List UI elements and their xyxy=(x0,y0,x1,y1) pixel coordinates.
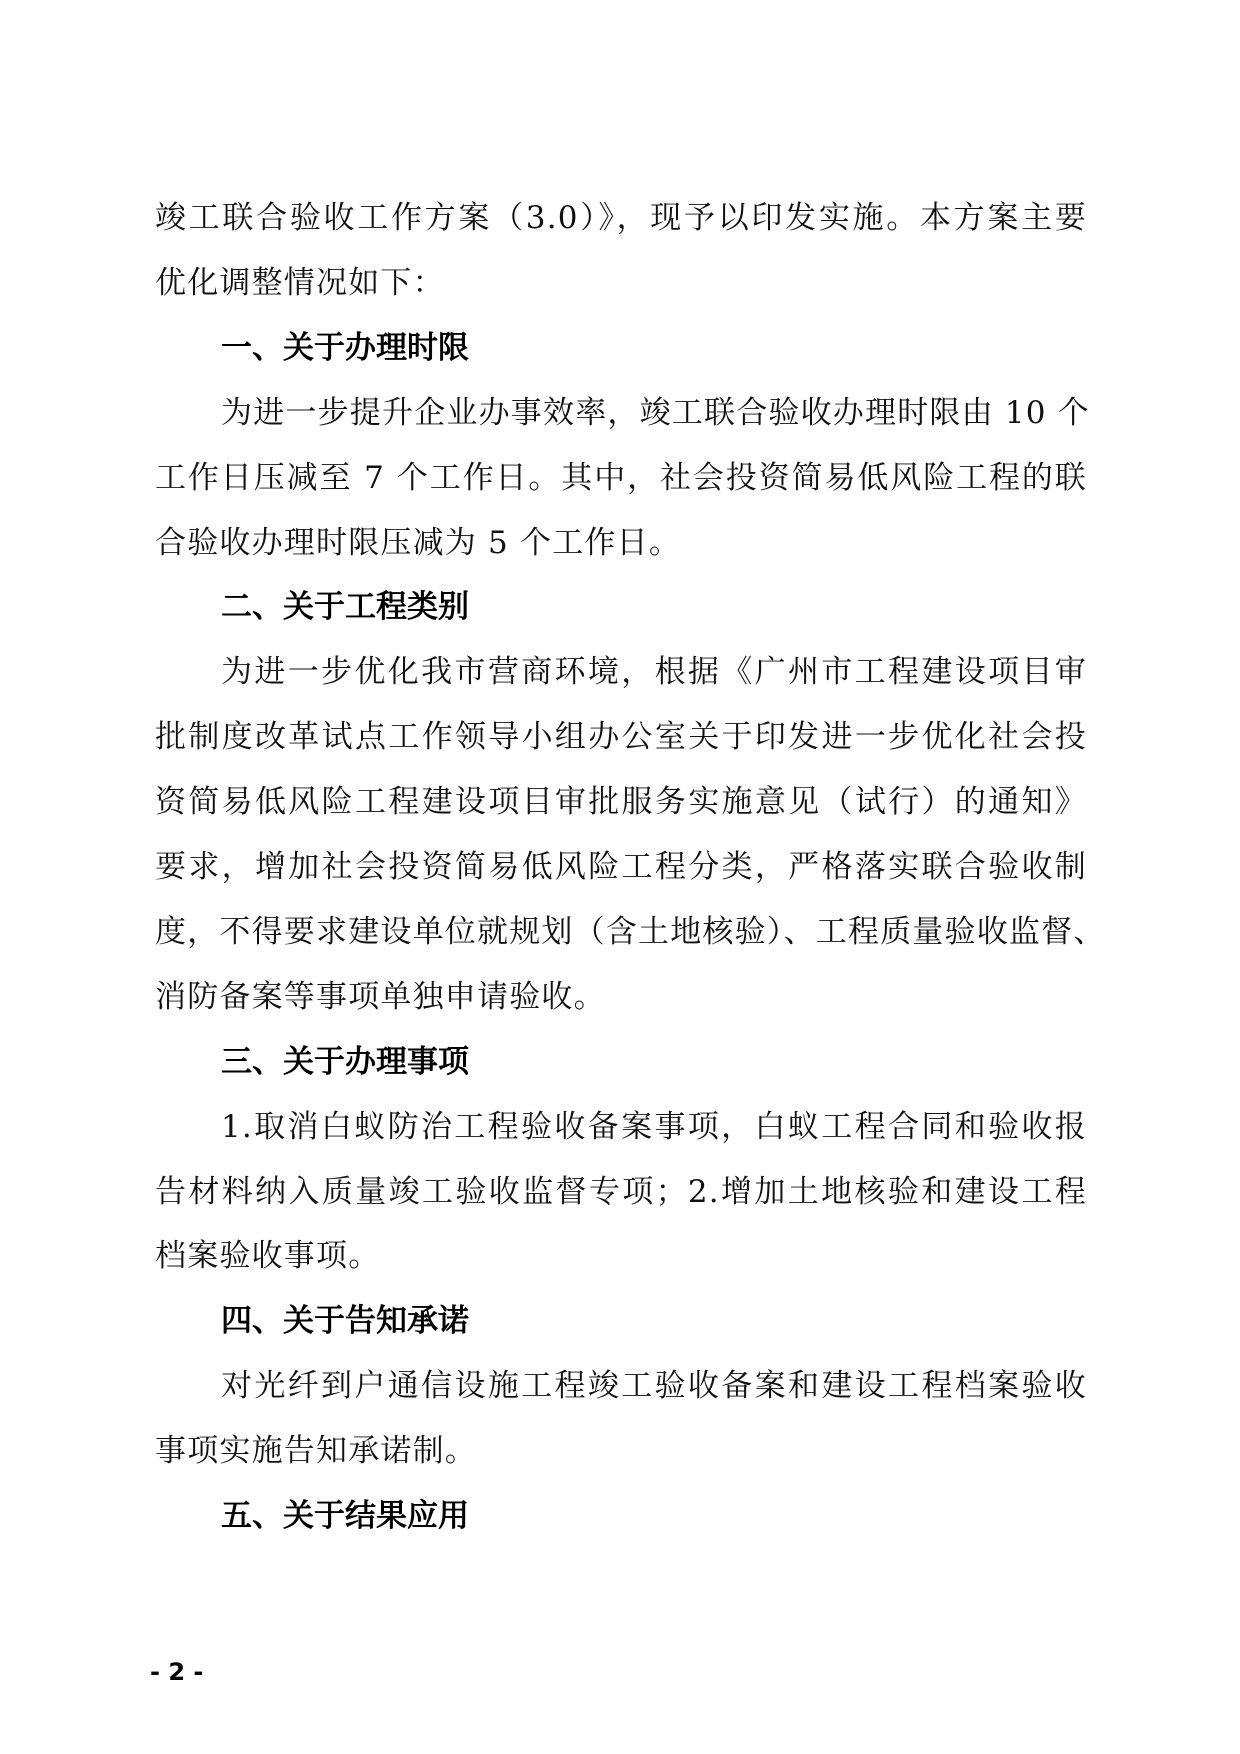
paragraph-line: 资简易低风险工程建设项目审批服务实施意见（试行）的通知》 xyxy=(155,780,1087,824)
section-heading: 一、关于办理时限 xyxy=(221,326,469,370)
section-heading: 五、关于结果应用 xyxy=(221,1494,469,1538)
paragraph-line: 对光纤到户通信设施工程竣工验收备案和建设工程档案验收 xyxy=(221,1364,1087,1408)
paragraph-line: 优化调整情况如下： xyxy=(155,261,1087,305)
document-page: 竣工联合验收工作方案（3.0）》，现予以印发实施。本方案主要优化调整情况如下：一… xyxy=(0,0,1240,1754)
paragraph-line: 竣工联合验收工作方案（3.0）》，现予以印发实施。本方案主要 xyxy=(155,196,1087,240)
paragraph-line: 消防备案等事项单独申请验收。 xyxy=(155,975,1087,1019)
paragraph-line: 度，不得要求建设单位就规划（含土地核验）、工程质量验收监督、 xyxy=(155,910,1087,954)
page-number: - 2 - xyxy=(150,1658,203,1686)
paragraph-line: 1.取消白蚁防治工程验收备案事项，白蚁工程合同和验收报 xyxy=(221,1105,1087,1149)
paragraph-line: 合验收办理时限压减为 5 个工作日。 xyxy=(155,521,1087,565)
paragraph-line: 工作日压减至 7 个工作日。其中，社会投资简易低风险工程的联 xyxy=(155,456,1087,500)
section-heading: 二、关于工程类别 xyxy=(221,585,469,629)
section-heading: 三、关于办理事项 xyxy=(221,1040,469,1084)
paragraph-line: 档案验收事项。 xyxy=(155,1234,1087,1278)
paragraph-line: 要求，增加社会投资简易低风险工程分类，严格落实联合验收制 xyxy=(155,845,1087,889)
paragraph-line: 事项实施告知承诺制。 xyxy=(155,1429,1087,1473)
paragraph-line: 为进一步提升企业办事效率，竣工联合验收办理时限由 10 个 xyxy=(221,391,1087,435)
paragraph-line: 告材料纳入质量竣工验收监督专项；2.增加土地核验和建设工程 xyxy=(155,1170,1087,1214)
paragraph-line: 为进一步优化我市营商环境，根据《广州市工程建设项目审 xyxy=(221,650,1087,694)
paragraph-line: 批制度改革试点工作领导小组办公室关于印发进一步优化社会投 xyxy=(155,715,1087,759)
section-heading: 四、关于告知承诺 xyxy=(221,1299,469,1343)
